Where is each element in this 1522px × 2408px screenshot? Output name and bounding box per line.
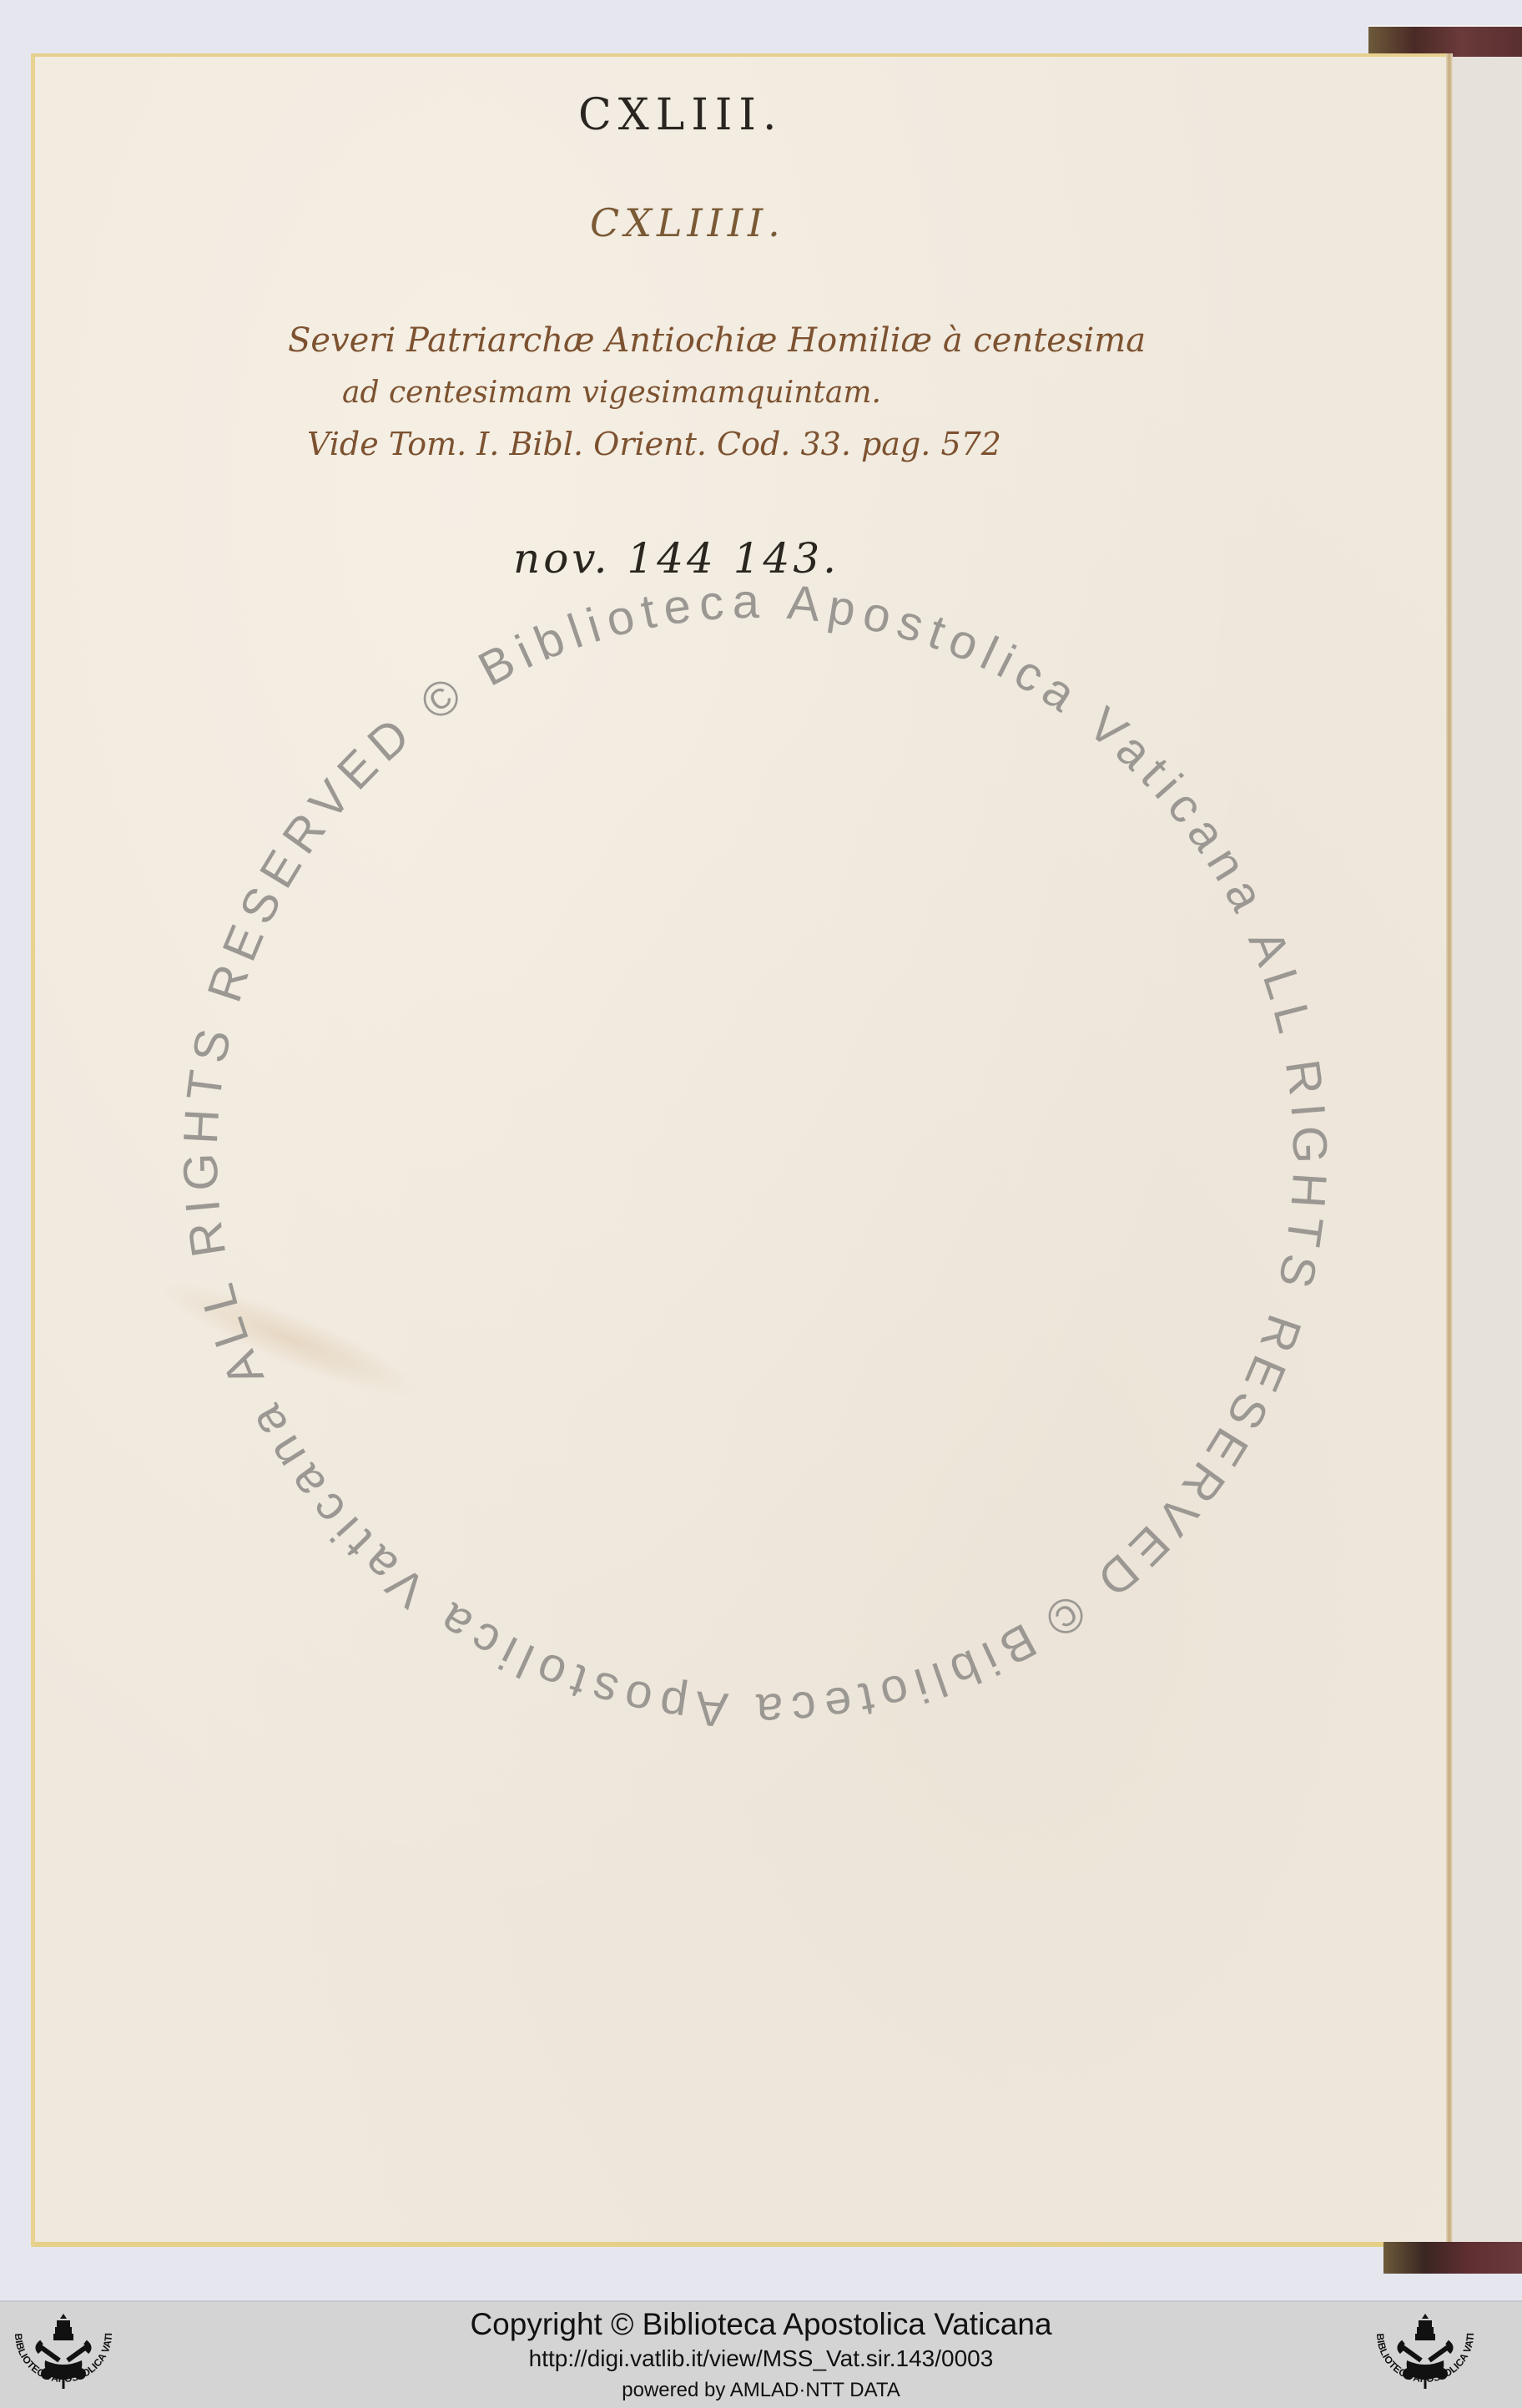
footer-copyright: Copyright © Biblioteca Apostolica Vatica… [0, 2307, 1522, 2342]
stain [149, 1263, 431, 1416]
gutter-fold [1446, 53, 1453, 2247]
facing-leaf [1449, 57, 1522, 2245]
footer-bar: BIBLIOTECA APOSTOLICA VATICANA Copyright… [0, 2300, 1522, 2408]
binding-bottom-edge [1383, 2242, 1522, 2274]
vatican-library-logo-right: BIBLIOTECA APOSTOLICA VATICANA [1367, 2309, 1484, 2407]
note-line-2: ad centesimam vigesimamquintam. [342, 376, 881, 410]
svg-text:BIBLIOTECA APOSTOLICA VATICANA: BIBLIOTECA APOSTOLICA VATICANA [1367, 2309, 1476, 2385]
note-line-3: Vide Tom. I. Bibl. Orient. Cod. 33. pag.… [307, 426, 1001, 462]
shelfmark-primary: CXLIII. [578, 90, 784, 140]
note-line-1: Severi Patriarchæ Antiochiæ Homiliæ à ce… [288, 321, 1146, 360]
shelfmark-secondary-struck: CXLIIII. [590, 200, 785, 245]
footer-powered-by: powered by AMLAD·NTT DATA [0, 2379, 1522, 2402]
foliation-number: nov. 144 143. [513, 534, 839, 583]
footer-url-link[interactable]: http://digi.vatlib.it/view/MSS_Vat.sir.1… [0, 2345, 1522, 2372]
